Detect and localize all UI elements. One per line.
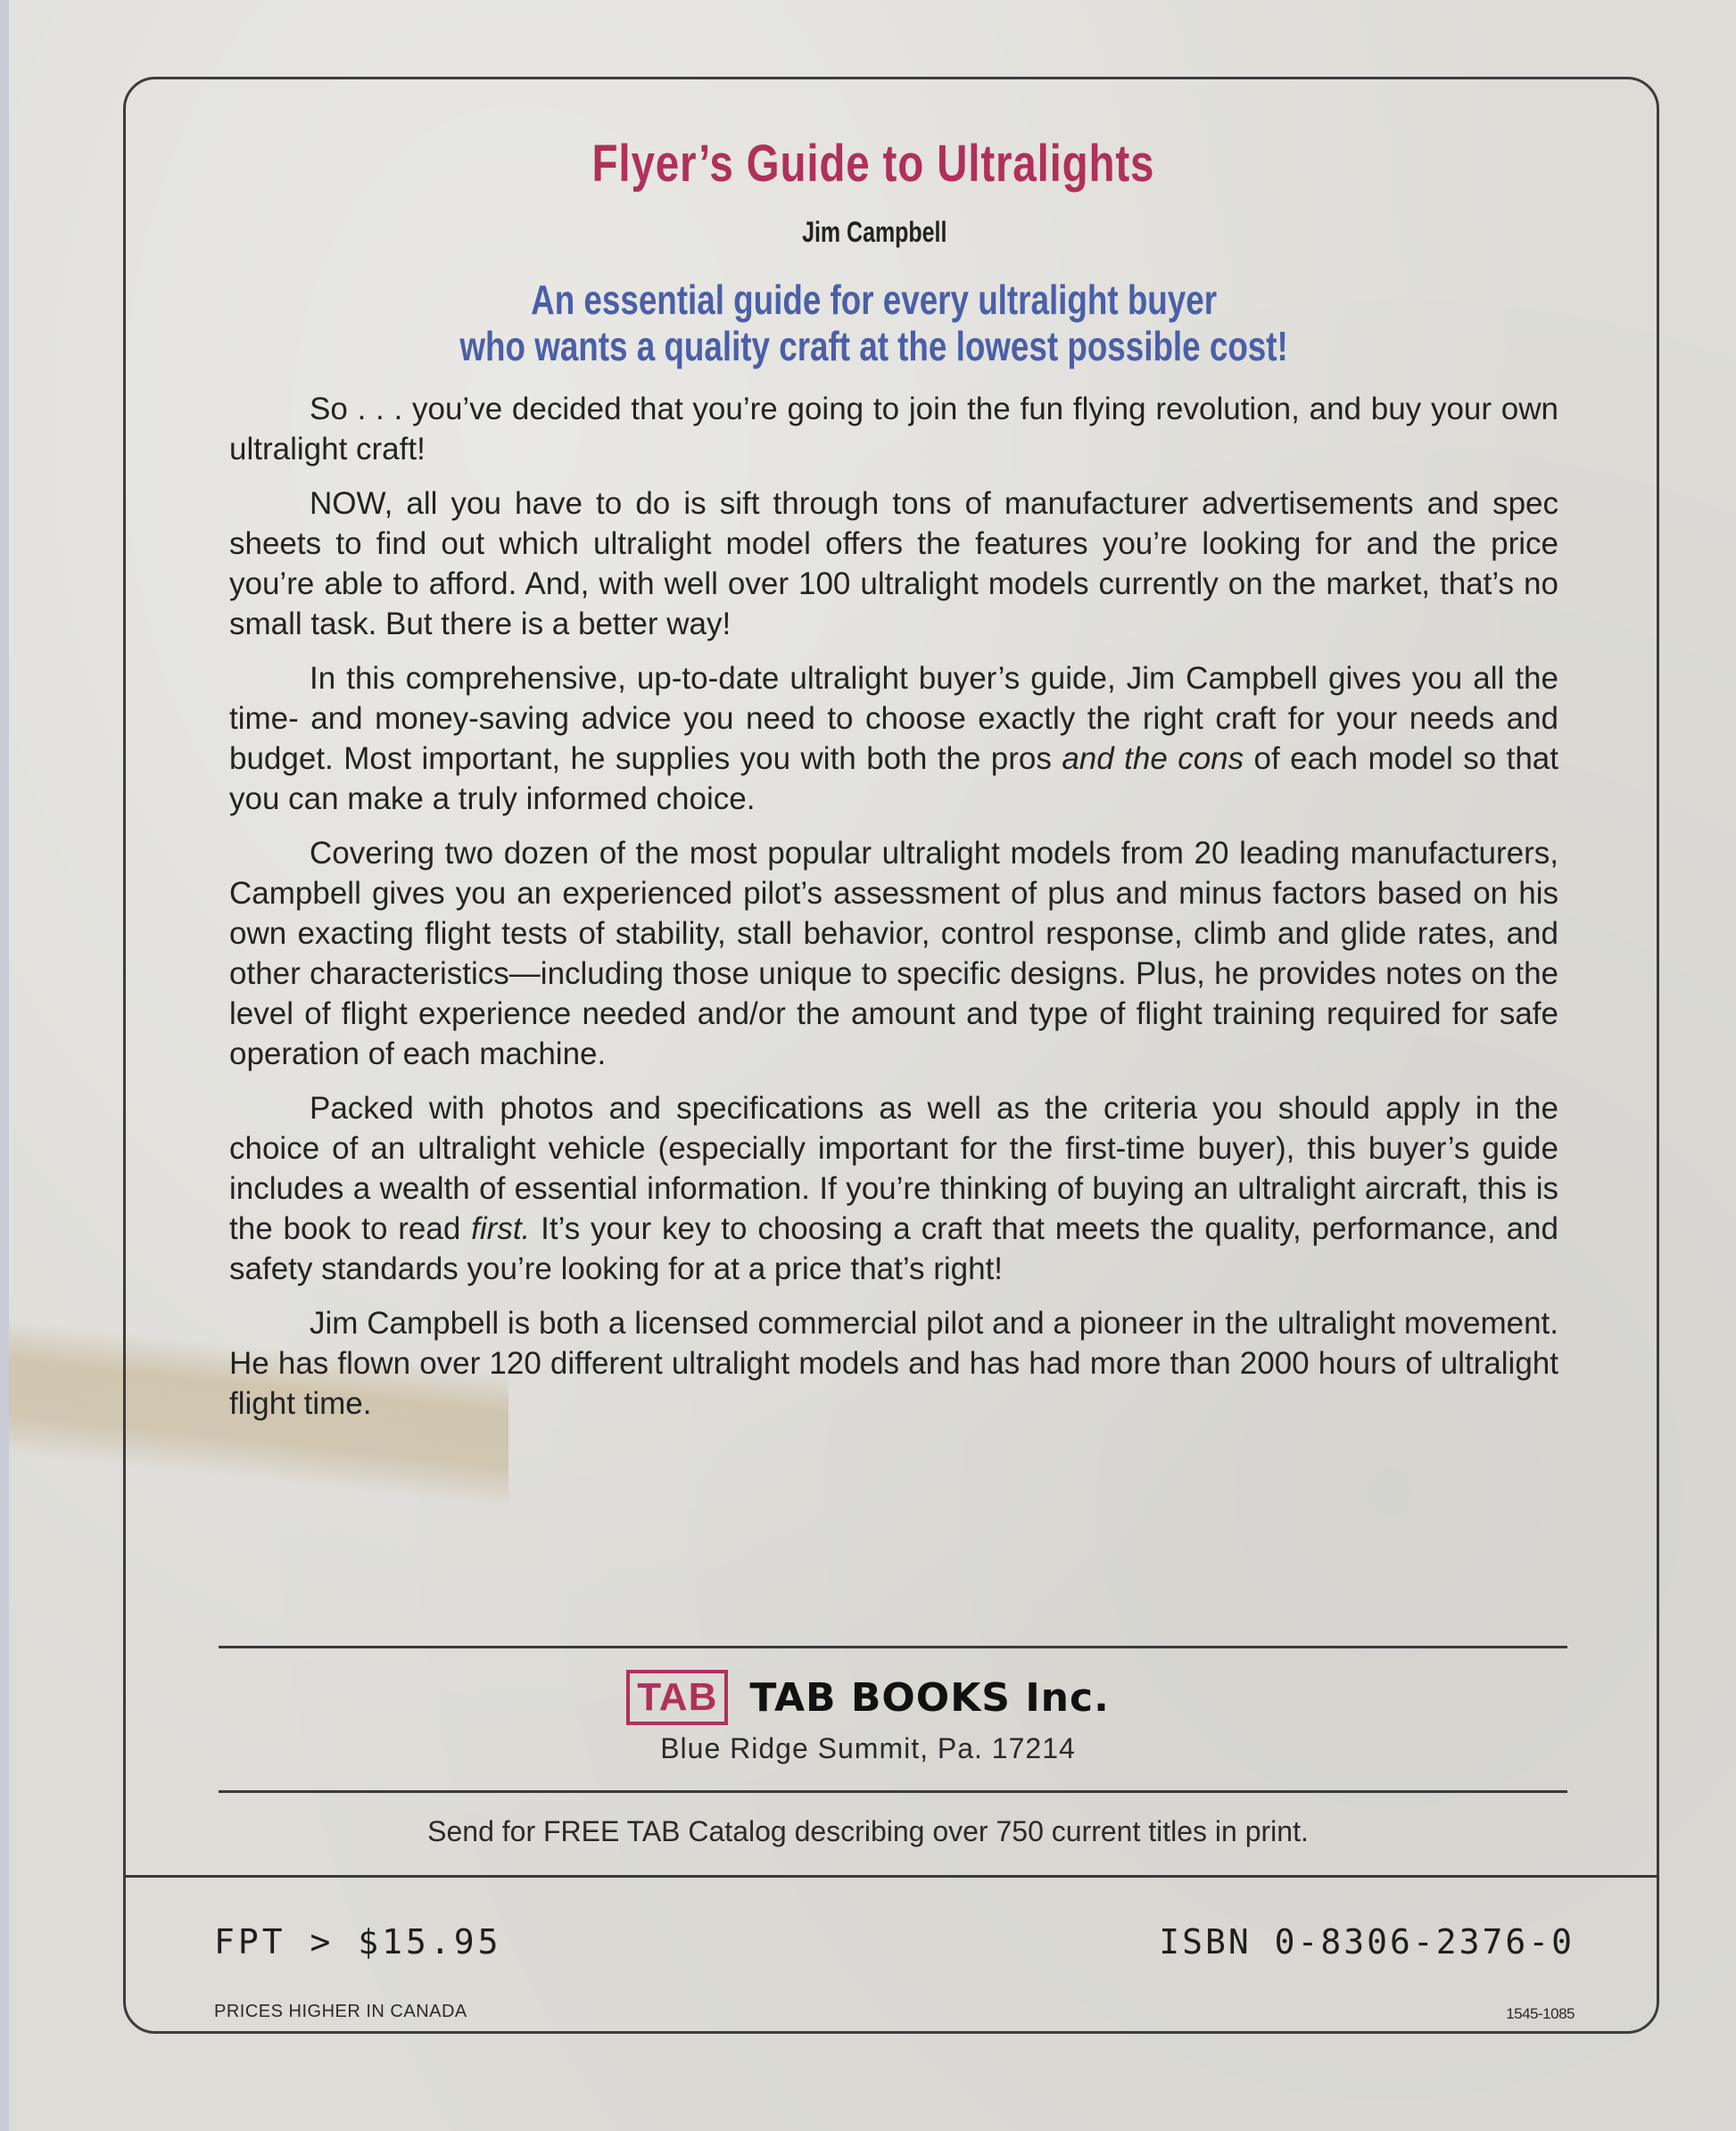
paragraph: Jim Campbell is both a licensed commerci… [229,1303,1558,1424]
publisher-block: TAB TAB BOOKS Inc. [0,1670,1736,1725]
book-author: Jim Campbell [197,216,1551,249]
catalog-code: 1545-1085 [1427,2005,1575,2023]
publisher-name: TAB BOOKS Inc. [749,1675,1109,1721]
paragraph: Packed with photos and specifications as… [229,1088,1558,1289]
divider [219,1790,1567,1793]
divider [219,1646,1567,1648]
blurb-body: So . . . you’ve decided that you’re goin… [229,389,1558,1438]
paragraph: So . . . you’ve decided that you’re goin… [229,389,1558,469]
tagline-line-2: who wants a quality craft at the lowest … [179,323,1568,369]
canada-price-note: PRICES HIGHER IN CANADA [214,2002,467,2022]
logo-text: TAB [637,1675,717,1720]
paragraph: Covering two dozen of the most popular u… [229,833,1558,1074]
tab-logo-icon: TAB [626,1670,728,1725]
isbn-label: ISBN 0-8306-2376-0 [1142,1922,1575,1962]
background-edge [0,0,9,2131]
paragraph-emphasis: and the cons [1062,741,1244,776]
paragraph: NOW, all you have to do is sift through … [229,483,1558,644]
paragraph: In this comprehensive, up-to-date ultral… [229,658,1558,819]
book-title: Flyer’s Guide to Ultralights [161,134,1585,194]
publisher-address: Blue Ridge Summit, Pa. 17214 [0,1732,1736,1765]
tagline: An essential guide for every ultralight … [179,277,1568,369]
catalog-offer: Send for FREE TAB Catalog describing ove… [0,1815,1736,1848]
divider [125,1875,1659,1878]
price-label: FPT > $15.95 [214,1922,502,1962]
paragraph-emphasis: first. [471,1211,530,1246]
tagline-line-1: An essential guide for every ultralight … [179,277,1568,323]
